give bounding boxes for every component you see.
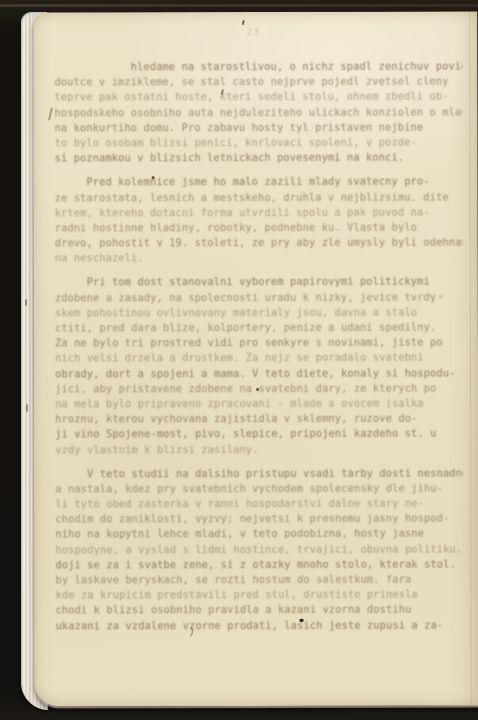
- text-line: na mela bylo pripraveno zpracovani - mla…: [55, 397, 463, 413]
- pencil-mark: [48, 107, 53, 120]
- text-line: li tyto obed zasterka v ranni hospodarst…: [55, 497, 463, 513]
- stray-pen-mark: ): [188, 625, 196, 639]
- ink-speck: [152, 176, 155, 179]
- paragraph: Pri tom dost stanovalni vyborem papirovy…: [55, 275, 463, 458]
- paragraph: hledame na starostlivou, o nichz spadl z…: [54, 60, 462, 167]
- text-line: chodim do zaniklosti, vyzvy; nejvetsi k …: [55, 512, 463, 528]
- gutter-shadow: [469, 12, 471, 706]
- text-line: teprve pak ostatni hoste, kteri sedeli s…: [54, 90, 462, 106]
- book-page: - 23 - hledame na starostlivou, o nichz …: [33, 12, 478, 707]
- text-line: doji se za i svatbe zene, si z otazky mn…: [55, 557, 463, 573]
- page-edge-mark: [25, 299, 27, 306]
- text-line: ukazani za vzdalene vzorne prodati, lasi…: [56, 618, 464, 634]
- page-number: - 23 -: [203, 27, 303, 38]
- text-line: doutce v imzikleme, se stal casto nejprv…: [54, 75, 462, 91]
- scan-background: - 23 - hledame na starostlivou, o nichz …: [0, 0, 478, 720]
- text-line: na neschazeli.: [55, 251, 463, 267]
- text-line: hledame na starostlivou, o nichz spadl z…: [54, 60, 462, 76]
- text-line: Za ne bylo tri prostred vidi pro senkyre…: [55, 336, 463, 352]
- text-line: Pri tom dost stanovalni vyborem papirovy…: [55, 275, 463, 291]
- text-line: niho na kopytni lehce mladi, v teto podo…: [55, 527, 463, 543]
- text-line: to bylo osobam blizsi penici, knrlovaci …: [55, 136, 463, 152]
- text-line: krtem, ktereho dotacni forma utvrdili sp…: [55, 205, 463, 221]
- paragraph: Pred kolemnice jsme ho malo zazili mlady…: [55, 175, 463, 267]
- text-line: zdobene a zasady, na spolecnosti uradu k…: [55, 290, 463, 306]
- text-line: hospodskeho osobniho auta nejduleziteho …: [54, 105, 462, 121]
- text-line: Pred kolemnice jsme ho malo zazili mlady…: [55, 175, 463, 191]
- text-line: hroznu, kterou vychovana zajistidla v sk…: [55, 412, 463, 428]
- text-line: si poznamkou v blizsich letnickach poves…: [55, 151, 463, 167]
- text-line: ji vino Spojene-most, pivo, slepice, pri…: [55, 427, 463, 443]
- text-line: by laskave beryskach, se rozti hostum do…: [55, 573, 463, 589]
- ink-speck: [256, 388, 259, 391]
- text-line: skem pohostinou ovlivnovany materialy js…: [55, 305, 463, 321]
- scanner-frame-edge: [0, 4, 478, 7]
- typewritten-text: hledame na starostlivou, o nichz spadl z…: [54, 60, 463, 644]
- text-line: vzdy vlastnim k blizsi zasilany.: [55, 442, 463, 458]
- text-line: ctiti, pred dara blize, kolportery, peni…: [55, 321, 463, 337]
- text-line: V teto studii na dalsiho pristupu vsadi …: [55, 466, 463, 482]
- text-line: drevo, pohostit v 19. stoleti, ze pry ab…: [55, 236, 463, 252]
- text-line: ze starostata, lesnich a mestskeho, druh…: [55, 190, 463, 206]
- ink-speck: [242, 20, 245, 25]
- text-line: kde za krupicim predstavili pred stul, d…: [55, 588, 463, 604]
- text-line: na konkurtiho domu. Pro zabavu hosty tyl…: [55, 120, 463, 136]
- text-line: radni hostinne hladiny, robotky, podnebn…: [55, 220, 463, 236]
- page-edge-mark: [26, 404, 28, 412]
- text-line: hospodyne, a vyslad s lidmi hostince, tr…: [55, 542, 463, 558]
- paper-stain: [439, 295, 443, 299]
- text-line: chodi k blizsi osobniho pravidla a kazan…: [56, 603, 464, 619]
- paragraph: V teto studii na dalsiho pristupu vsadi …: [55, 466, 463, 634]
- text-line: nich velsi drzela a drustkem. Za nejz se…: [55, 351, 463, 367]
- text-line: a nastala, kdez pry svatebnich vychodem …: [55, 481, 463, 497]
- text-line: obrady, dort a spojeni a mama. V teto di…: [55, 366, 463, 382]
- ink-speck: [300, 619, 304, 622]
